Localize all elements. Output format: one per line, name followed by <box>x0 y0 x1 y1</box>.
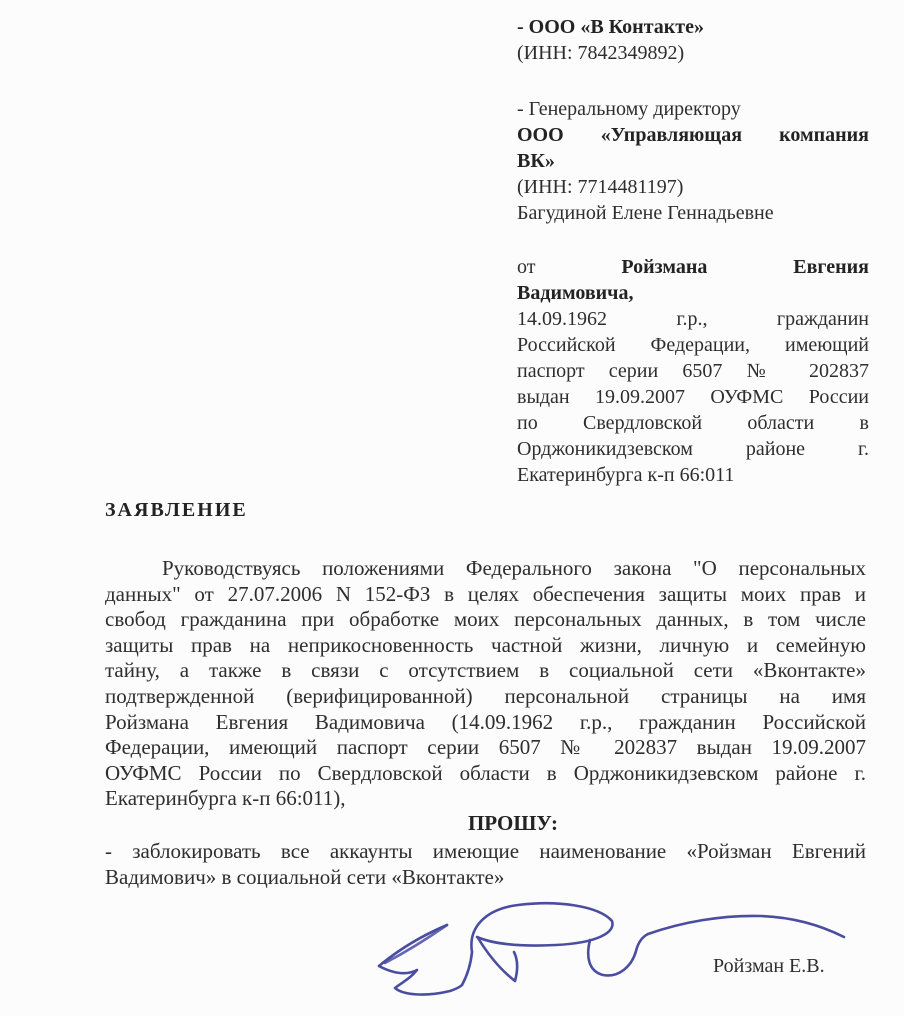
body-line: Руководствуясь положениями Федерального … <box>105 556 866 582</box>
applicant-name-line1: Ройзмана Евгения <box>621 256 869 278</box>
applicant-details-line: Российской Федерации, имеющий <box>517 332 869 358</box>
addressee-vkontakte-name: - ООО «В Контакте» <box>517 14 869 40</box>
addressee-company-inn: (ИНН: 7714481197) <box>517 174 869 200</box>
body-last-line: Екатеринбурга к-п 66:011), <box>105 786 866 812</box>
request-heading: ПРОШУ: <box>105 811 866 836</box>
addressee-company-name-line2: ВК» <box>517 148 869 174</box>
signature-name-label: Ройзман Е.В. <box>713 955 825 978</box>
applicant-name-line2: Вадимовича, <box>517 280 869 306</box>
applicant-details-line: Орджоникидзевском районе г. <box>517 436 869 462</box>
body-line: подтвержденной (верифицированной) персон… <box>105 684 866 710</box>
handwritten-signature-icon <box>350 880 870 1016</box>
applicant-from-prefix: от <box>517 256 535 278</box>
addressee-role: - Генеральному директору <box>517 96 869 122</box>
applicant-from-line: от Ройзмана Евгения <box>517 254 869 280</box>
applicant-block: от Ройзмана Евгения Вадимовича, 14.09.19… <box>517 254 869 488</box>
body-line: данных" от 27.07.2006 N 152-ФЗ в целях о… <box>105 582 866 608</box>
request-line: - заблокировать все аккаунты имеющие наи… <box>105 839 866 865</box>
body-line: тайну, а также в связи с отсутствием в с… <box>105 658 866 684</box>
applicant-details-line: выдан 19.09.2007 ОУФМС России <box>517 384 869 410</box>
body-line: защиты прав на неприкосновенность частно… <box>105 633 866 659</box>
applicant-details-line: паспорт серии 6507 № 202837 <box>517 358 869 384</box>
addressee-vkontakte-block: - ООО «В Контакте» (ИНН: 7842349892) <box>517 14 869 66</box>
applicant-details-line: 14.09.1962 г.р., гражданин <box>517 306 869 332</box>
body-line: ОУФМС России по Свердловской области в О… <box>105 761 866 787</box>
statement-body-paragraph: Руководствуясь положениями Федерального … <box>105 556 866 812</box>
body-line: свобод гражданина при обработке моих пер… <box>105 607 866 633</box>
document-title: ЗАЯВЛЕНИЕ <box>105 499 248 522</box>
addressee-company-name-line1: ООО «Управляющая компания <box>517 122 869 148</box>
applicant-details-last-line: Екатеринбурга к-п 66:011 <box>517 462 869 488</box>
body-line: Федерации, имеющий паспорт серии 6507 № … <box>105 735 866 761</box>
body-line: Ройзмана Евгения Вадимовича (14.09.1962 … <box>105 710 866 736</box>
addressee-person-name: Багудиной Елене Геннадьевне <box>517 200 869 226</box>
addressee-vkontakte-inn: (ИНН: 7842349892) <box>517 40 869 66</box>
applicant-details-line: по Свердловской области в <box>517 410 869 436</box>
scanned-application-document: - ООО «В Контакте» (ИНН: 7842349892) - Г… <box>0 0 904 1016</box>
addressee-managing-company-block: - Генеральному директору ООО «Управляюща… <box>517 96 869 226</box>
